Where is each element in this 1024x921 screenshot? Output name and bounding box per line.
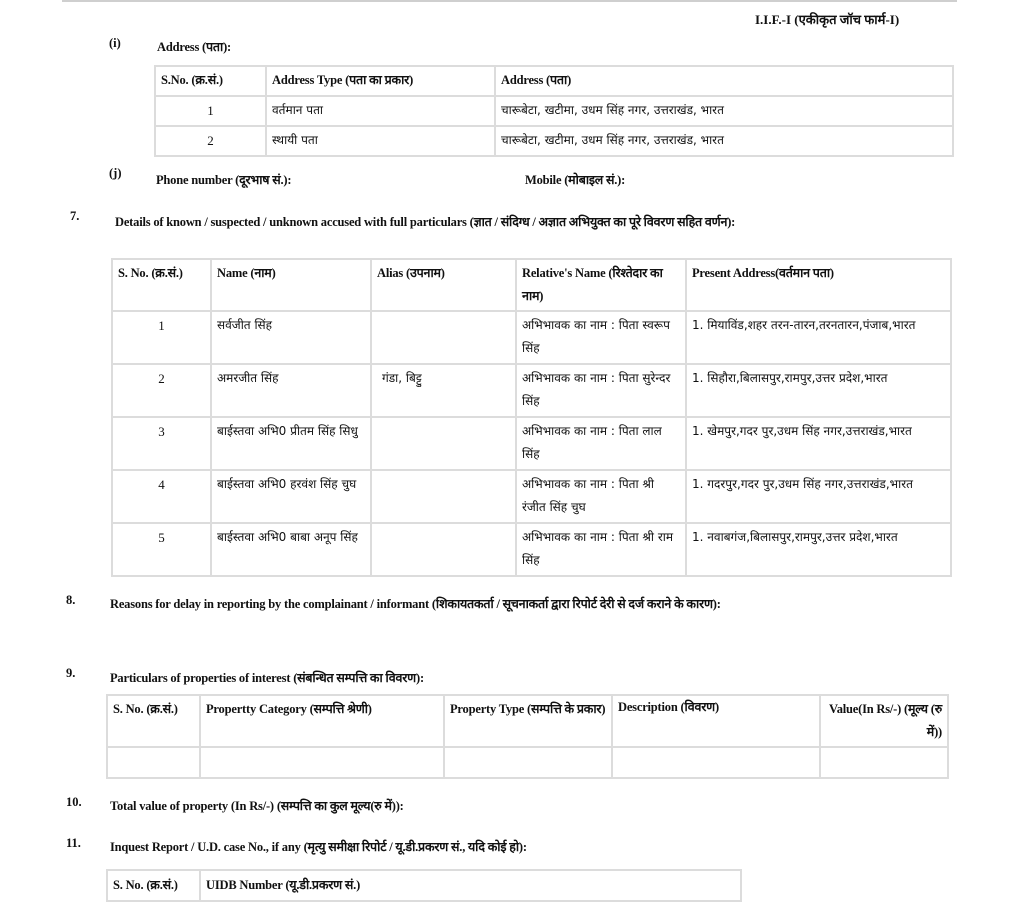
cell-present-address: 1. मियाविंड,शहर तरन-तारन,तरनतारन,पंजाब,भ… bbox=[686, 311, 951, 364]
col-sno: S. No. (क्र.सं.) bbox=[107, 695, 200, 747]
section-10-title: Total value of property (In Rs/-) (सम्पत… bbox=[110, 797, 404, 814]
cell-property-type bbox=[444, 747, 612, 778]
cell-sno: 2 bbox=[155, 126, 266, 156]
col-sno: S.No. (क्र.सं.) bbox=[155, 66, 266, 96]
accused-table-header: S. No. (क्र.सं.) Name (नाम) Alias (उपनाम… bbox=[112, 259, 951, 311]
section-8-number: 8. bbox=[66, 593, 75, 608]
section-9-title: Particulars of properties of interest (स… bbox=[110, 669, 424, 686]
cell-alias bbox=[371, 417, 516, 470]
col-property-type: Property Type (सम्पत्ति के प्रकार) bbox=[444, 695, 612, 747]
col-address: Address (पता) bbox=[495, 66, 953, 96]
table-row: 2 अमरजीत सिंह गंडा, बिट्टु अभिभावक का ना… bbox=[112, 364, 951, 417]
section-9-number: 9. bbox=[66, 666, 75, 681]
cell-present-address: 1. नवाबगंज,बिलासपुर,रामपुर,उत्तर प्रदेश,… bbox=[686, 523, 951, 576]
cell-address-type: वर्तमान पता bbox=[266, 96, 495, 126]
cell-alias: गंडा, बिट्टु bbox=[371, 364, 516, 417]
accused-table: S. No. (क्र.सं.) Name (नाम) Alias (उपनाम… bbox=[111, 258, 952, 577]
address-table-header: S.No. (क्र.सं.) Address Type (पता का प्र… bbox=[155, 66, 953, 96]
col-address-type: Address Type (पता का प्रकार) bbox=[266, 66, 495, 96]
cell-alias bbox=[371, 470, 516, 523]
address-table: S.No. (क्र.सं.) Address Type (पता का प्र… bbox=[154, 65, 954, 157]
col-property-category: Propertty Category (सम्पत्ति श्रेणी) bbox=[200, 695, 444, 747]
cell-description bbox=[612, 747, 820, 778]
table-row: 3 बाईस्तवा अभि0 प्रीतम सिंह सिधु अभिभावक… bbox=[112, 417, 951, 470]
col-uidb-number: UIDB Number (यू.डी.प्रकरण सं.) bbox=[200, 870, 741, 901]
phone-marker: (j) bbox=[109, 166, 122, 181]
cell-alias bbox=[371, 523, 516, 576]
section-7-title: Details of known / suspected / unknown a… bbox=[115, 213, 735, 230]
col-present-address: Present Address(वर्तमान पता) bbox=[686, 259, 951, 311]
col-sno: S. No. (क्र.सं.) bbox=[107, 870, 200, 901]
address-label: Address (पता): bbox=[157, 38, 231, 55]
properties-table-header: S. No. (क्र.सं.) Propertty Category (सम्… bbox=[107, 695, 948, 747]
cell-sno: 3 bbox=[112, 417, 211, 470]
cell-name: बाईस्तवा अभि0 बाबा अनूप सिंह bbox=[211, 523, 371, 576]
page-top-divider bbox=[62, 0, 957, 2]
table-row: 1 वर्तमान पता चारूबेटा, खटीमा, उधम सिंह … bbox=[155, 96, 953, 126]
cell-relative-name: अभिभावक का नाम : पिता सुरेन्दर सिंह bbox=[516, 364, 686, 417]
col-alias: Alias (उपनाम) bbox=[371, 259, 516, 311]
mobile-label: Mobile (मोबाइल सं.): bbox=[525, 171, 625, 188]
section-10-number: 10. bbox=[66, 795, 82, 810]
cell-property-category bbox=[200, 747, 444, 778]
section-7-number: 7. bbox=[70, 209, 79, 224]
cell-relative-name: अभिभावक का नाम : पिता लाल सिंह bbox=[516, 417, 686, 470]
table-row: 1 सर्वजीत सिंह अभिभावक का नाम : पिता स्व… bbox=[112, 311, 951, 364]
cell-relative-name: अभिभावक का नाम : पिता श्री रंजीत सिंह चु… bbox=[516, 470, 686, 523]
cell-name: सर्वजीत सिंह bbox=[211, 311, 371, 364]
cell-sno: 1 bbox=[155, 96, 266, 126]
section-11-number: 11. bbox=[66, 836, 81, 851]
properties-table: S. No. (क्र.सं.) Propertty Category (सम्… bbox=[106, 694, 949, 779]
table-row: 5 बाईस्तवा अभि0 बाबा अनूप सिंह अभिभावक क… bbox=[112, 523, 951, 576]
cell-sno: 5 bbox=[112, 523, 211, 576]
section-8-title: Reasons for delay in reporting by the co… bbox=[110, 595, 721, 612]
cell-relative-name: अभिभावक का नाम : पिता श्री राम सिंह bbox=[516, 523, 686, 576]
cell-name: बाईस्तवा अभि0 प्रीतम सिंह सिधु bbox=[211, 417, 371, 470]
cell-name: अमरजीत सिंह bbox=[211, 364, 371, 417]
cell-present-address: 1. सिहौरा,बिलासपुर,रामपुर,उत्तर प्रदेश,भ… bbox=[686, 364, 951, 417]
cell-present-address: 1. खेमपुर,गदर पुर,उधम सिंह नगर,उत्तराखंड… bbox=[686, 417, 951, 470]
cell-alias bbox=[371, 311, 516, 364]
cell-sno: 1 bbox=[112, 311, 211, 364]
cell-present-address: 1. गदरपुर,गदर पुर,उधम सिंह नगर,उत्तराखंड… bbox=[686, 470, 951, 523]
cell-value bbox=[820, 747, 948, 778]
cell-sno bbox=[107, 747, 200, 778]
section-11-title: Inquest Report / U.D. case No., if any (… bbox=[110, 838, 527, 855]
address-marker: (i) bbox=[109, 36, 121, 51]
phone-number-label: Phone number (दूरभाष सं.): bbox=[156, 171, 291, 188]
inquest-table-header: S. No. (क्र.सं.) UIDB Number (यू.डी.प्रक… bbox=[107, 870, 741, 901]
table-row: 4 बाईस्तवा अभि0 हरवंश सिंह चुघ अभिभावक क… bbox=[112, 470, 951, 523]
cell-relative-name: अभिभावक का नाम : पिता स्वरूप सिंह bbox=[516, 311, 686, 364]
inquest-table: S. No. (क्र.सं.) UIDB Number (यू.डी.प्रक… bbox=[106, 869, 742, 902]
col-sno: S. No. (क्र.सं.) bbox=[112, 259, 211, 311]
cell-address: चारूबेटा, खटीमा, उधम सिंह नगर, उत्तराखंड… bbox=[495, 96, 953, 126]
cell-address-type: स्थायी पता bbox=[266, 126, 495, 156]
form-header: I.I.F.-I (एकीकृत जॉच फार्म-I) bbox=[755, 10, 899, 28]
cell-name: बाईस्तवा अभि0 हरवंश सिंह चुघ bbox=[211, 470, 371, 523]
cell-address: चारूबेटा, खटीमा, उधम सिंह नगर, उत्तराखंड… bbox=[495, 126, 953, 156]
col-relative-name: Relative's Name (रिश्तेदार का नाम) bbox=[516, 259, 686, 311]
col-description: Description (विवरण) bbox=[612, 695, 820, 747]
col-value: Value(In Rs/-) (मूल्य (रु में)) bbox=[820, 695, 948, 747]
cell-sno: 4 bbox=[112, 470, 211, 523]
table-row: 2 स्थायी पता चारूबेटा, खटीमा, उधम सिंह न… bbox=[155, 126, 953, 156]
table-row-empty bbox=[107, 747, 948, 778]
col-name: Name (नाम) bbox=[211, 259, 371, 311]
cell-sno: 2 bbox=[112, 364, 211, 417]
